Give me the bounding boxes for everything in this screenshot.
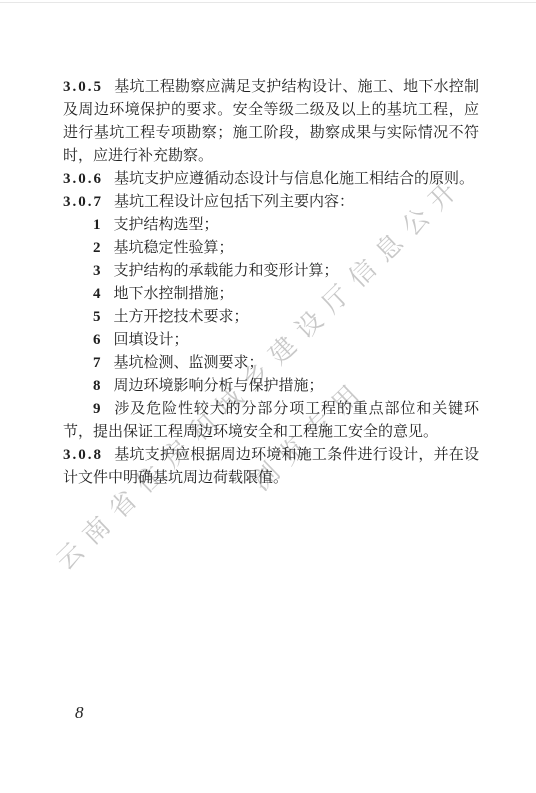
clause-text: 基坑支护应遵循动态设计与信息化施工相结合的原则。	[114, 171, 474, 187]
clause-3-0-7: 3.0.7基坑工程设计应包括下列主要内容：	[63, 191, 479, 214]
page-number: 8	[75, 703, 84, 723]
item-number: 6	[93, 332, 101, 348]
clause-3-0-8: 3.0.8基坑支护应根据周边环境和施工条件进行设计，并在设计文件中明确基坑周边荷…	[63, 444, 479, 490]
item-number: 8	[93, 378, 101, 394]
list-item-2: 2基坑稳定性验算；	[63, 237, 479, 260]
item-text: 涉及危险性较大的分部分项工程的重点部位和关键环节，提出保证工程周边环境安全和工程…	[63, 401, 479, 440]
list-item-1: 1支护结构选型；	[63, 214, 479, 237]
item-text: 基坑检测、监测要求；	[114, 355, 264, 371]
item-text: 基坑稳定性验算；	[114, 240, 234, 256]
clause-text: 基坑工程勘察应满足支护结构设计、施工、地下水控制及周边环境保护的要求。安全等级二…	[63, 79, 479, 164]
item-number: 7	[93, 355, 101, 371]
item-text: 周边环境影响分析与保护措施；	[114, 378, 324, 394]
list-item-7: 7基坑检测、监测要求；	[63, 352, 479, 375]
item-number: 9	[93, 401, 101, 417]
list-item-3: 3支护结构的承载能力和变形计算；	[63, 260, 479, 283]
list-item-4: 4地下水控制措施；	[63, 283, 479, 306]
item-number: 5	[93, 309, 101, 325]
clause-text: 基坑工程设计应包括下列主要内容：	[114, 194, 354, 210]
item-text: 支护结构的承载能力和变形计算；	[114, 263, 339, 279]
clause-text-block: 3.0.5基坑工程勘察应满足支护结构设计、施工、地下水控制及周边环境保护的要求。…	[63, 76, 479, 490]
item-text: 地下水控制措施；	[114, 286, 234, 302]
clause-number: 3.0.8	[63, 447, 103, 463]
clause-3-0-5: 3.0.5基坑工程勘察应满足支护结构设计、施工、地下水控制及周边环境保护的要求。…	[63, 76, 479, 168]
list-item-9: 9涉及危险性较大的分部分项工程的重点部位和关键环节，提出保证工程周边环境安全和工…	[63, 398, 479, 444]
scan-edge-artifact	[0, 2, 536, 3]
list-item-6: 6回填设计；	[63, 329, 479, 352]
item-number: 1	[93, 217, 101, 233]
item-text: 回填设计；	[114, 332, 189, 348]
item-text: 支护结构选型；	[114, 217, 219, 233]
item-text: 土方开挖技术要求；	[114, 309, 249, 325]
item-number: 4	[93, 286, 101, 302]
list-item-8: 8周边环境影响分析与保护措施；	[63, 375, 479, 398]
clause-number: 3.0.5	[63, 79, 103, 95]
clause-text: 基坑支护应根据周边环境和施工条件进行设计，并在设计文件中明确基坑周边荷载限值。	[63, 447, 479, 486]
list-item-5: 5土方开挖技术要求；	[63, 306, 479, 329]
item-number: 3	[93, 263, 101, 279]
clause-3-0-6: 3.0.6基坑支护应遵循动态设计与信息化施工相结合的原则。	[63, 168, 479, 191]
item-number: 2	[93, 240, 101, 256]
clause-number: 3.0.7	[63, 194, 103, 210]
clause-number: 3.0.6	[63, 171, 103, 187]
